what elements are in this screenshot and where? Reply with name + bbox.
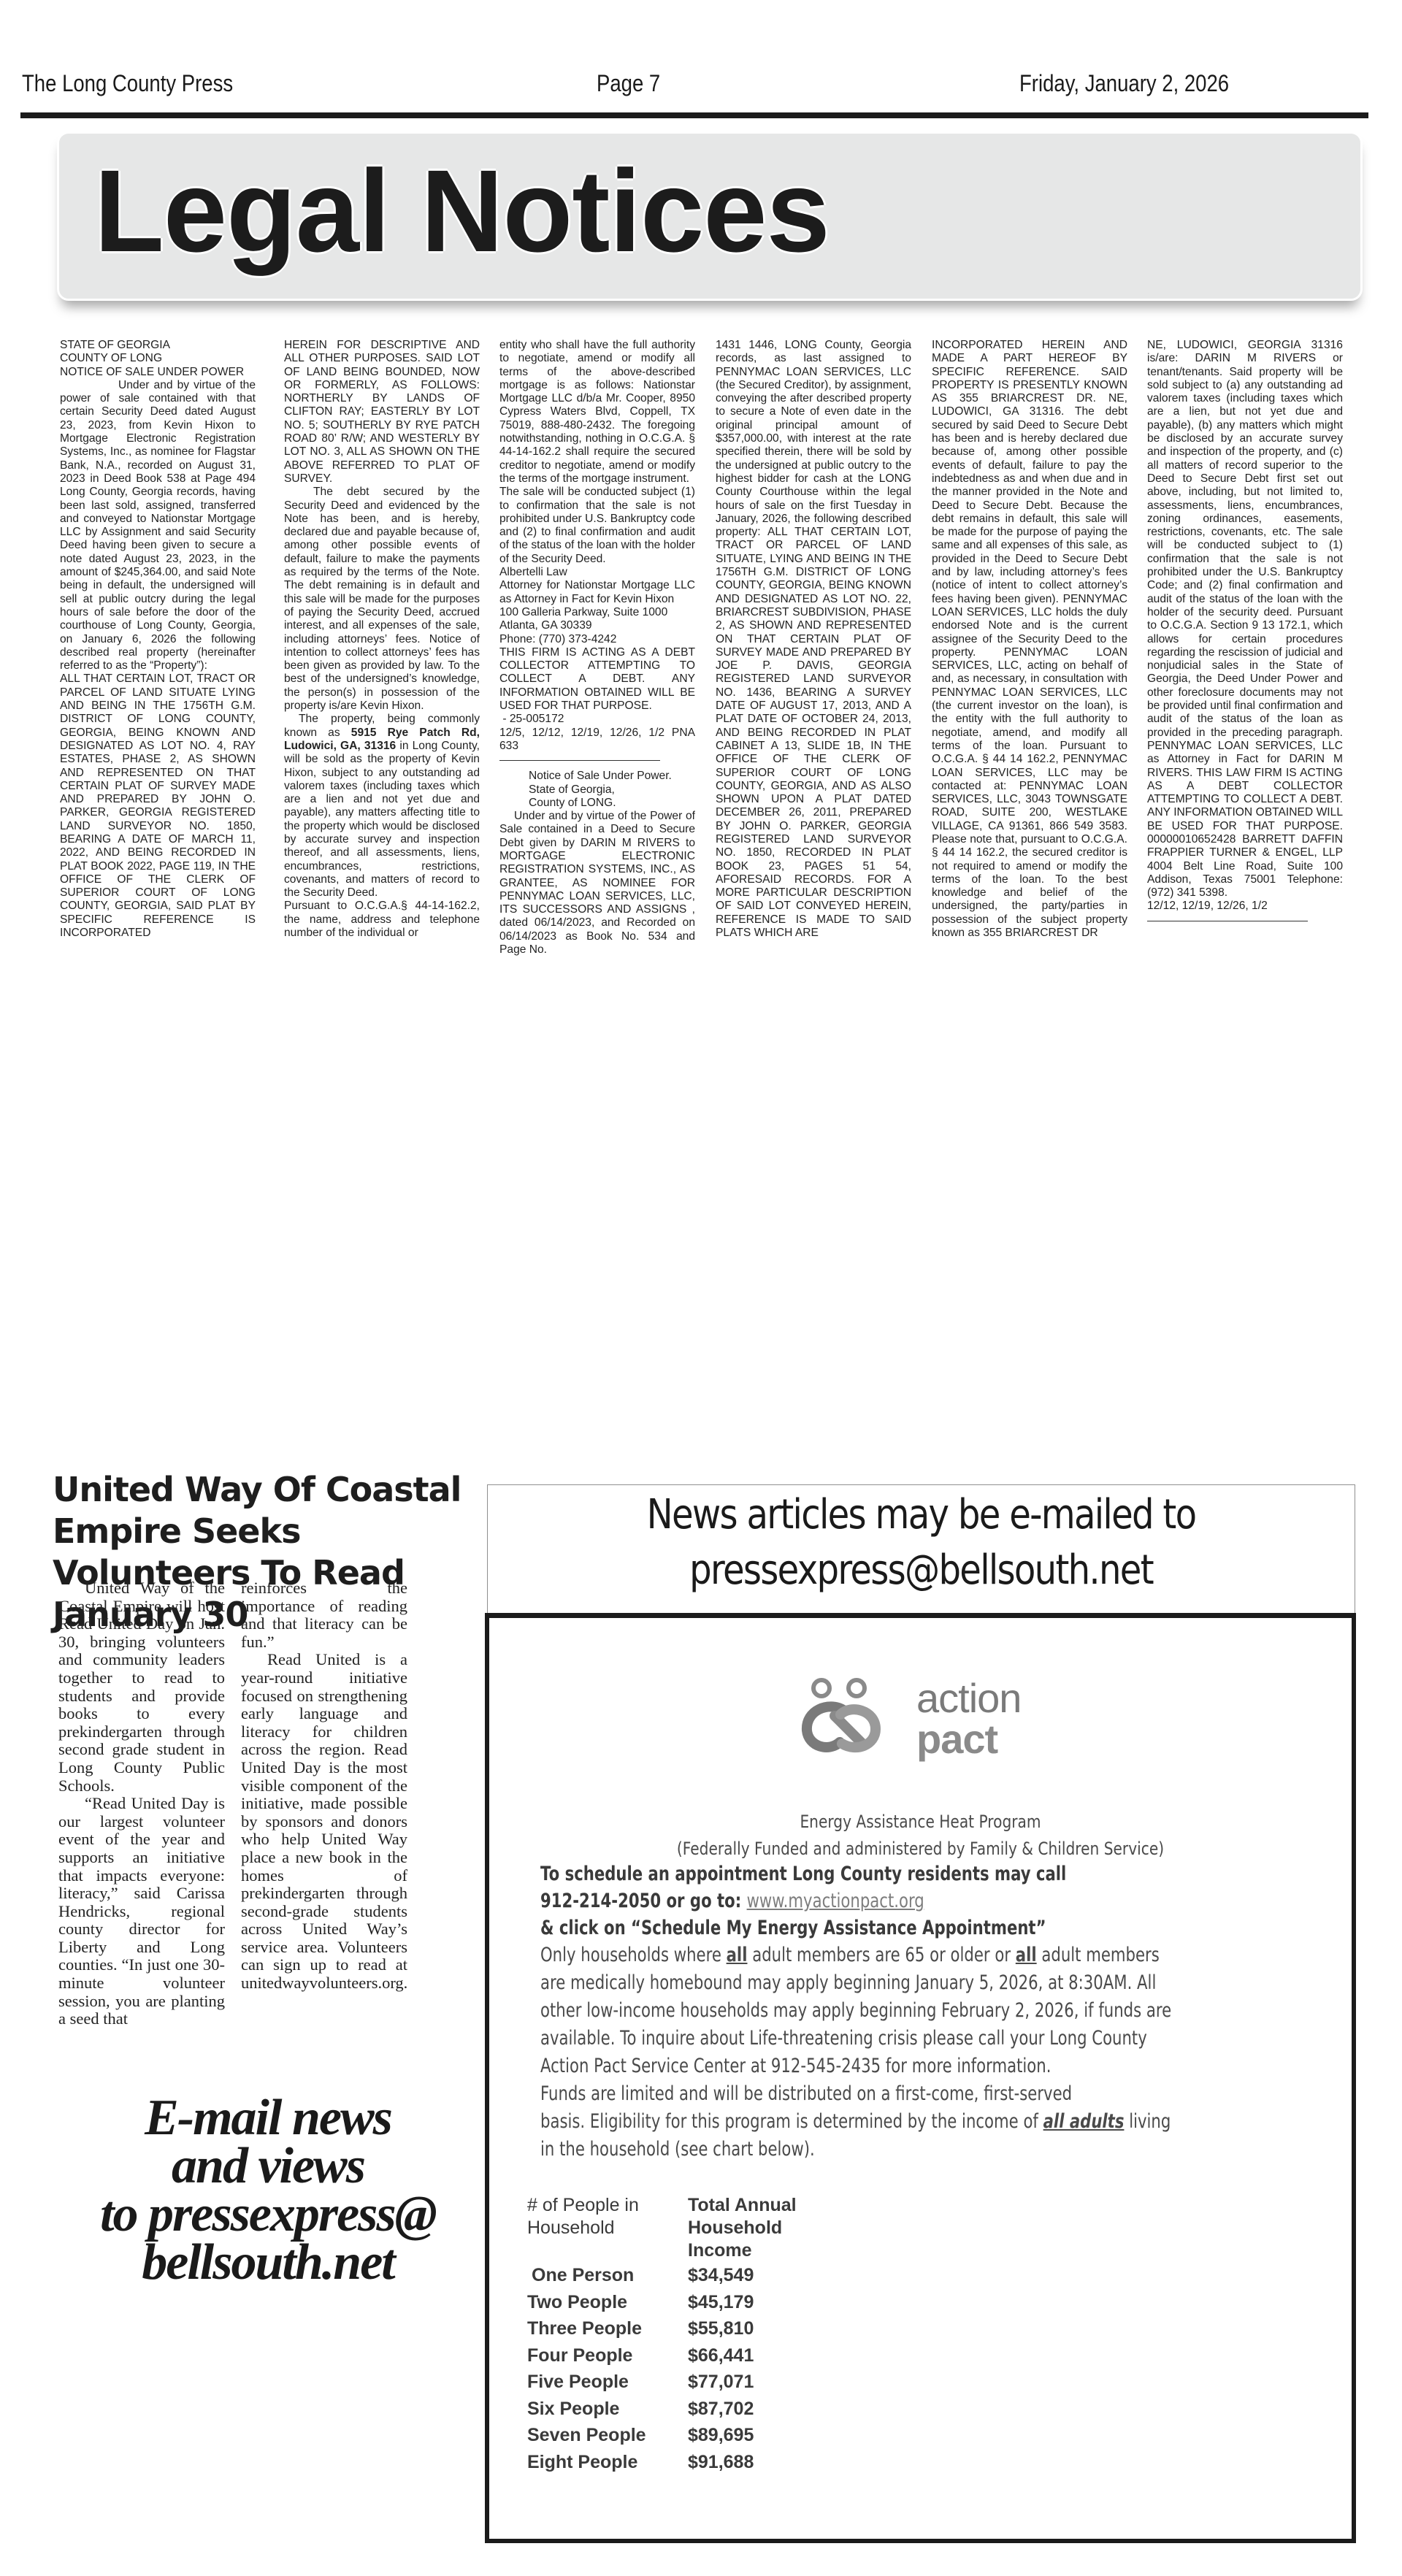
article-paragraph: “Read United Day is our largest voluntee… (58, 1795, 225, 2028)
section-banner: Legal Notices (57, 131, 1363, 301)
linked-people-icon (800, 1672, 909, 1767)
masthead: The Long County Press Page 7 Friday, Jan… (22, 70, 1386, 102)
table-row: Four People$66,441 (527, 2342, 827, 2369)
household-size: Four People (527, 2342, 688, 2369)
household-size: Three People (527, 2315, 688, 2342)
notice-heading: State of Georgia, (499, 783, 695, 797)
program-subtitle: (Federally Funded and administered by Fa… (558, 1839, 1282, 1859)
header-text: # of People in (527, 2194, 688, 2217)
firm-phone: Phone: (770) 373-4242 (499, 633, 695, 646)
notice-heading: Notice of Sale Under Power. (499, 770, 695, 783)
schedule-line: To schedule an appointment Long County r… (540, 1863, 1183, 1885)
notice-paragraph: Under and by virtue of the Power of Sale… (499, 810, 695, 957)
page-number: Page 7 (597, 70, 660, 97)
notice-paragraph: The sale will be conducted subject (1) t… (499, 486, 695, 566)
section-title: Legal Notices (94, 153, 830, 269)
notice-paragraph: Under and by virtue of the power of sale… (60, 379, 256, 673)
legal-column-5: INCORPORATED HEREIN AND MADE A PART HERE… (932, 339, 1127, 940)
column-header-income: Total AnnualHouseholdIncome (688, 2194, 827, 2262)
notice-divider (1147, 921, 1308, 921)
legal-column-3: entity who shall have the full authority… (499, 339, 695, 957)
legal-column-4: 1431 1446, LONG County, Georgia records,… (716, 339, 911, 940)
debt-collector-disclaimer: THIS FIRM IS ACTING AS A DEBT COLLECTOR … (499, 646, 695, 713)
income-limit: $87,702 (688, 2396, 827, 2423)
article-paragraph: Read United is a year-round initiative f… (241, 1651, 407, 1992)
table-row: Five People$77,071 (527, 2369, 827, 2396)
emphasis: all adults (1043, 2110, 1125, 2133)
household-size: Six People (527, 2396, 688, 2423)
action-pact-ad: action pact Energy Assistance Heat Progr… (485, 1613, 1356, 2543)
logo-word: pact (916, 1719, 1021, 1760)
eligibility-line: available. To inquire about Life-threate… (540, 2027, 1183, 2050)
text-span: in Long County, will be sold as the prop… (284, 740, 480, 899)
table-row: One Person$34,549 (527, 2262, 827, 2289)
income-limit: $89,695 (688, 2422, 827, 2449)
income-limit: $55,810 (688, 2315, 827, 2342)
notice-paragraph: Pursuant to O.C.G.A.§ 44-14-162.2, the n… (284, 900, 480, 940)
notice-divider (499, 760, 660, 761)
header-text: Income (688, 2239, 827, 2262)
news-box-email[interactable]: pressexpress@bellsouth.net (548, 1546, 1294, 1594)
notice-paragraph: 1431 1446, LONG County, Georgia records,… (716, 339, 911, 940)
action-pact-logo: action pact (800, 1672, 1041, 1767)
income-limit: $45,179 (688, 2289, 827, 2316)
table-row: Seven People$89,695 (527, 2422, 827, 2449)
text-span: Only households where (540, 1944, 727, 1966)
email-promo: E-mail news and views to pressexpress@ b… (53, 2094, 483, 2287)
column-header-people: # of People inHousehold (527, 2194, 688, 2262)
masthead-divider (20, 112, 1368, 118)
household-size: Seven People (527, 2422, 688, 2449)
legal-column-6: NE, LUDOWICI, GEORGIA 31316 is/are: DARI… (1147, 339, 1343, 930)
table-row: Two People$45,179 (527, 2289, 827, 2316)
logo-wordmark: action pact (916, 1678, 1021, 1760)
income-limit: $34,549 (688, 2262, 827, 2289)
notice-heading: COUNTY OF LONG (60, 352, 256, 365)
article-column-2: reinforces the importance of reading and… (241, 1579, 407, 1993)
notice-paragraph: HEREIN FOR DESCRIPTIVE AND ALL OTHER PUR… (284, 339, 480, 486)
article-column-1: United Way of the Coastal Empire will ho… (58, 1579, 225, 2028)
schedule-phone-line: 912-214-2050 or go to: www.myactionpact.… (540, 1890, 1183, 1912)
notice-paragraph: NE, LUDOWICI, GEORGIA 31316 is/are: DARI… (1147, 339, 1343, 900)
legal-column-2: HEREIN FOR DESCRIPTIVE AND ALL OTHER PUR… (284, 339, 480, 940)
publication-dates: 12/5, 12/12, 12/19, 12/26, 1/2 PNA 633 (499, 727, 695, 754)
program-title: Energy Assistance Heat Program (558, 1812, 1282, 1832)
legal-column-1: STATE OF GEORGIA COUNTY OF LONG NOTICE O… (60, 339, 256, 940)
law-firm-name: Albertelli Law (499, 566, 695, 579)
eligibility-line: Only households where all adult members … (540, 1944, 1183, 1966)
household-size: One Person (527, 2262, 688, 2289)
table-row: Six People$87,702 (527, 2396, 827, 2423)
eligibility-line: Funds are limited and will be distribute… (540, 2082, 1183, 2105)
notice-paragraph: INCORPORATED HEREIN AND MADE A PART HERE… (932, 339, 1127, 940)
household-size: Two People (527, 2289, 688, 2316)
promo-line: E-mail news (53, 2094, 483, 2142)
eligibility-line: are medically homebound may apply beginn… (540, 1971, 1183, 1994)
issue-date: Friday, January 2, 2026 (1019, 70, 1229, 97)
text-span: adult members are 65 or older or (747, 1944, 1015, 1966)
notice-paragraph: entity who shall have the full authority… (499, 339, 695, 486)
eligibility-line: basis. Eligibility for this program is d… (540, 2110, 1183, 2133)
schedule-instruction: & click on “Schedule My Energy Assistanc… (540, 1917, 1183, 1939)
table-row: Eight People$91,688 (527, 2449, 827, 2476)
income-limit: $66,441 (688, 2342, 827, 2369)
reference-number: - 25-005172 (499, 713, 695, 726)
table-header-row: # of People inHousehold Total AnnualHous… (527, 2194, 827, 2262)
notice-heading: NOTICE OF SALE UNDER POWER (60, 366, 256, 379)
publication-name: The Long County Press (22, 70, 233, 97)
notice-heading: County of LONG. (499, 797, 695, 810)
eligibility-line: in the household (see chart below). (540, 2138, 1183, 2161)
eligibility-line: other low-income households may apply be… (540, 1999, 1183, 2022)
article-paragraph: reinforces the importance of reading and… (241, 1579, 407, 1651)
promo-line: and views (53, 2142, 483, 2190)
eligibility-line: Action Pact Service Center at 912-545-24… (540, 2055, 1183, 2077)
firm-address: 100 Galleria Parkway, Suite 1000 (499, 606, 695, 619)
promo-line: to pressexpress@ (53, 2190, 483, 2239)
table-row: Three People$55,810 (527, 2315, 827, 2342)
schedule-phone: 912-214-2050 or go to: (540, 1890, 747, 1912)
notice-paragraph: The property, being commonly known as 59… (284, 713, 480, 900)
text-span: living (1124, 2110, 1171, 2133)
notice-paragraph: The debt secured by the Security Deed an… (284, 486, 480, 713)
header-text: Household (688, 2217, 827, 2239)
emphasis: all (727, 1944, 748, 1966)
promo-line: bellsouth.net (53, 2239, 483, 2287)
household-size: Eight People (527, 2449, 688, 2476)
logo-word: action (916, 1678, 1021, 1719)
household-size: Five People (527, 2369, 688, 2396)
firm-address: Atlanta, GA 30339 (499, 619, 695, 632)
header-text: Household (527, 2217, 688, 2239)
income-limit: $77,071 (688, 2369, 827, 2396)
text-span: basis. Eligibility for this program is d… (540, 2110, 1043, 2133)
action-pact-link[interactable]: www.myactionpact.org (747, 1890, 924, 1912)
income-limits-table: # of People inHousehold Total AnnualHous… (527, 2194, 827, 2475)
attorney-line: Attorney for Nationstar Mortgage LLC as … (499, 579, 695, 606)
article-paragraph: United Way of the Coastal Empire will ho… (58, 1579, 225, 1795)
income-limit: $91,688 (688, 2449, 827, 2476)
text-span: adult members (1037, 1944, 1160, 1966)
emphasis: all (1016, 1944, 1037, 1966)
notice-heading: STATE OF GEORGIA (60, 339, 256, 352)
header-text: Total Annual (688, 2194, 827, 2217)
publication-dates: 12/12, 12/19, 12/26, 1/2 (1147, 900, 1343, 913)
news-box-text: News articles may be e-mailed to (548, 1491, 1294, 1538)
property-description: ALL THAT CERTAIN LOT, TRACT OR PARCEL OF… (60, 672, 256, 940)
